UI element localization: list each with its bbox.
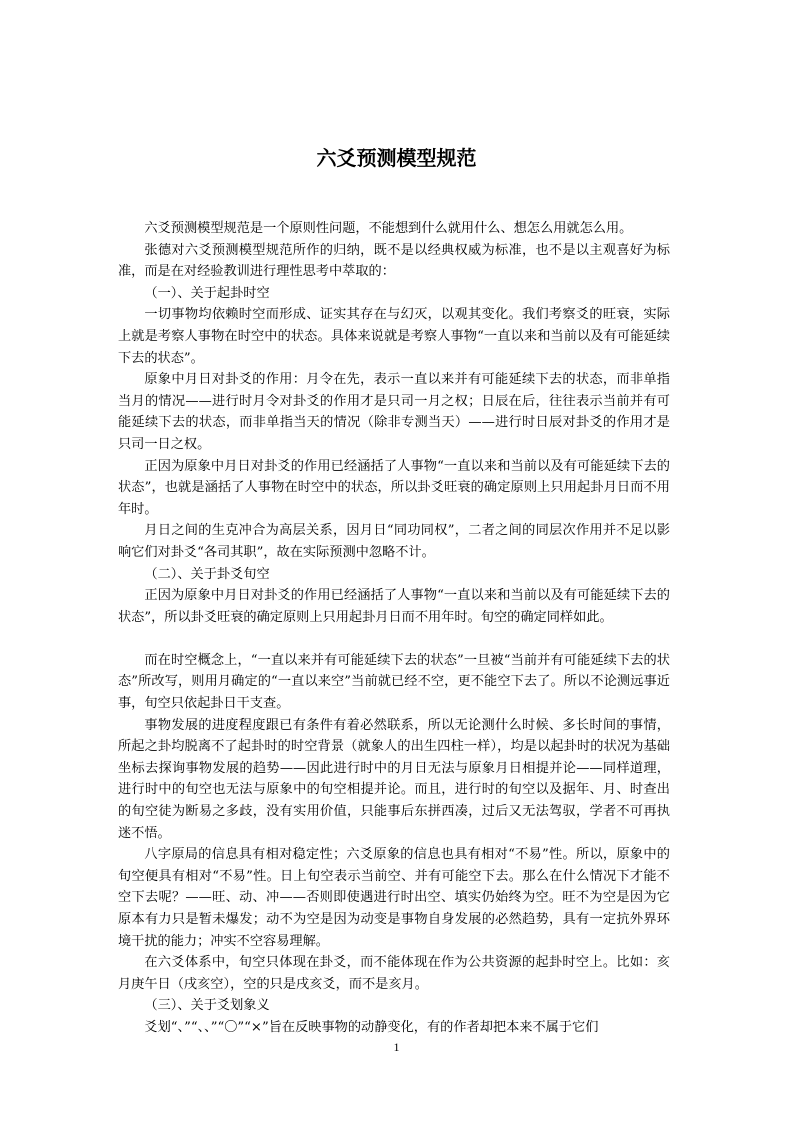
paragraph: 八字原局的信息具有相对稳定性；六爻原象的信息也具有相对“不易”性。所以，原象中的… bbox=[118, 844, 670, 952]
blank-line bbox=[118, 628, 670, 650]
paragraph: 在六爻体系中，旬空只体现在卦爻，而不能体现在作为公共资源的起卦时空上。比如：亥月… bbox=[118, 952, 670, 995]
section-heading-3: （三）、关于爻划象义 bbox=[118, 995, 670, 1017]
section-heading-1: （一）、关于起卦时空 bbox=[118, 283, 670, 305]
document-title: 六爻预测模型规范 bbox=[0, 143, 793, 173]
section-heading-2: （二）、关于卦爻旬空 bbox=[118, 564, 670, 586]
paragraph: 正因为原象中月日对卦爻的作用已经涵括了人事物“一直以来和当前以及有可能延续下去的… bbox=[118, 585, 670, 628]
paragraph: 而在时空概念上，“一直以来并有可能延续下去的状态”一旦被“当前并有可能延续下去的… bbox=[118, 650, 670, 715]
document-page: 六爻预测模型规范 六爻预测模型规范是一个原则性问题，不能想到什么就用什么、想怎么… bbox=[0, 0, 793, 1122]
paragraph: 爻划“、”“、、”“〇”“×”旨在反映事物的动静变化，有的作者却把本来不属于它们 bbox=[118, 1017, 670, 1039]
page-number: 1 bbox=[0, 1040, 793, 1055]
paragraph: 事物发展的进度程度跟已有条件有着必然联系，所以无论测什么时候、多长时间的事情，所… bbox=[118, 715, 670, 845]
paragraph-summary: 张德对六爻预测模型规范所作的归纳，既不是以经典权威为标准，也不是以主观喜好为标准… bbox=[118, 240, 670, 283]
paragraph: 月日之间的生克冲合为高层关系，因月日“同功同权”，二者之间的同层次作用并不足以影… bbox=[118, 520, 670, 563]
paragraph: 原象中月日对卦爻的作用：月令在先，表示一直以来并有可能延续下去的状态，而非单指当… bbox=[118, 369, 670, 455]
paragraph-intro: 六爻预测模型规范是一个原则性问题，不能想到什么就用什么、想怎么用就怎么用。 bbox=[118, 218, 670, 240]
paragraph: 一切事物均依赖时空而形成、证实其存在与幻灭，以观其变化。我们考察爻的旺衰，实际上… bbox=[118, 304, 670, 369]
paragraph: 正因为原象中月日对卦爻的作用已经涵括了人事物“一直以来和当前以及有可能延续下去的… bbox=[118, 456, 670, 521]
document-body: 六爻预测模型规范是一个原则性问题，不能想到什么就用什么、想怎么用就怎么用。 张德… bbox=[118, 218, 670, 1039]
